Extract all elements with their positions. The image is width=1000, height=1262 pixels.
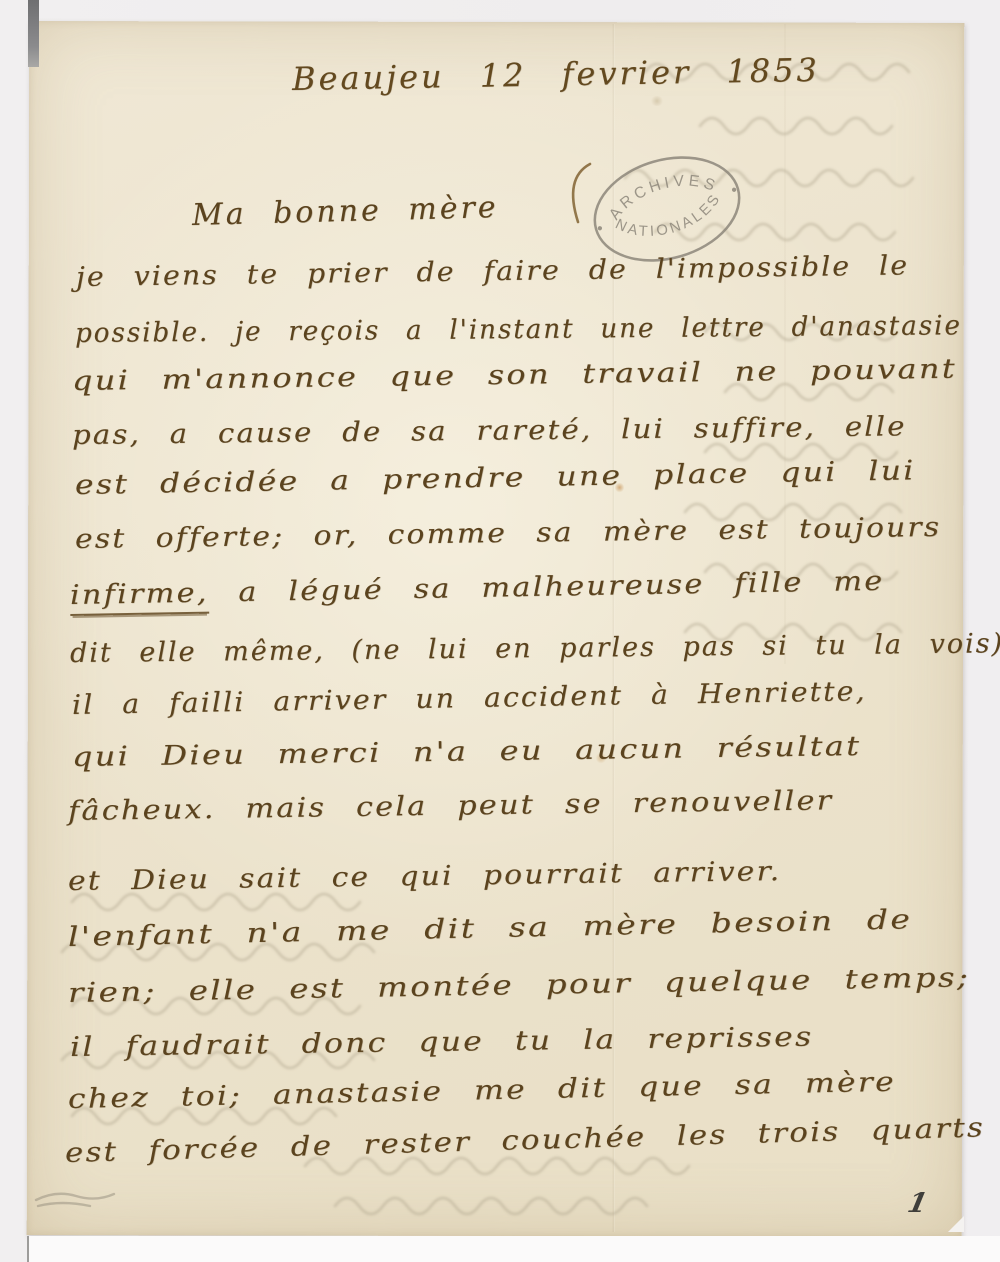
scanned-letter-page: { "colors": { "scan_background": "#f0eee…	[0, 0, 1000, 1262]
pencil-scribble	[32, 1178, 142, 1218]
ink-flourish	[560, 160, 600, 230]
underlined-word: infirme,	[70, 578, 209, 616]
stamp-right-dot	[731, 187, 736, 192]
